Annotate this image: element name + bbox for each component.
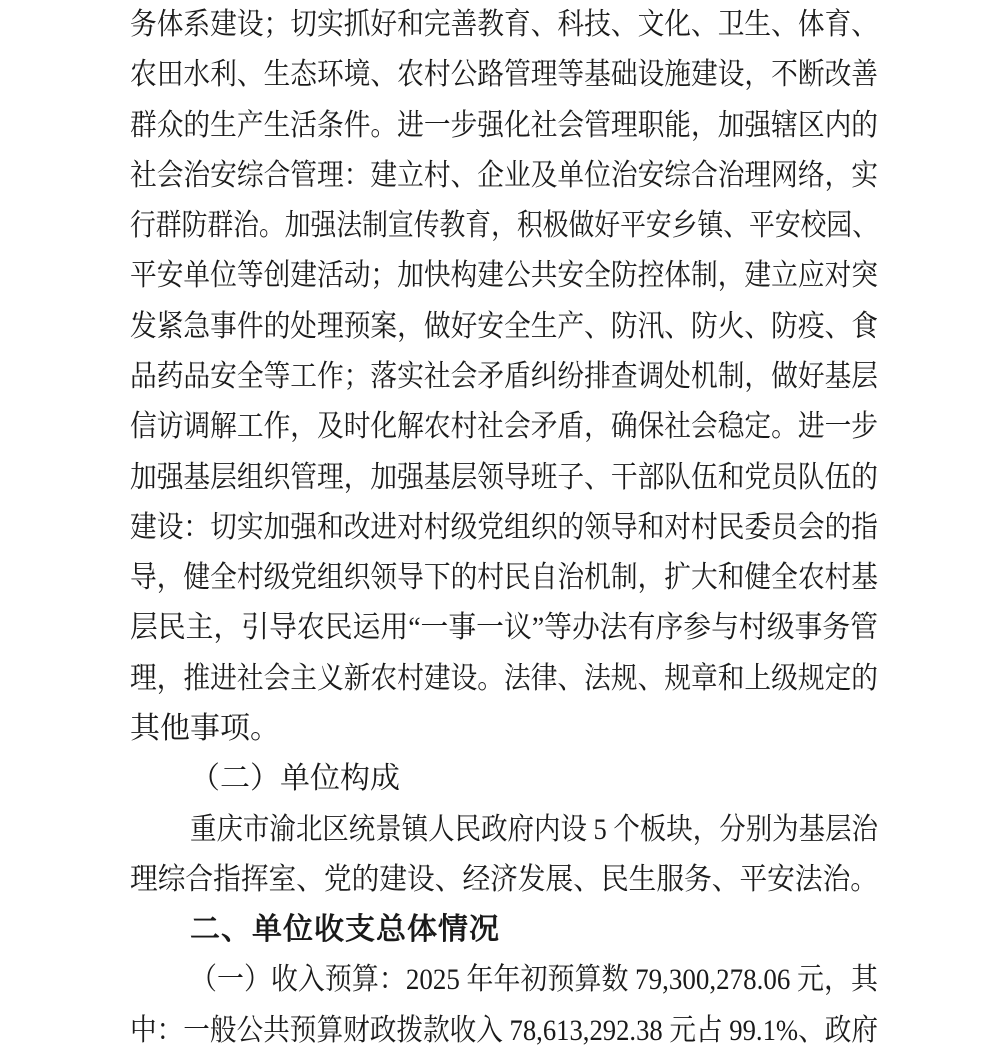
text-line-content: 其他事项。 [130,712,280,745]
text-line: 中：一般公共预算财政拨款收入 78,613,292.38 元占 99.1%、政府 [130,1006,878,1056]
text-line: 重庆市渝北区统景镇人民政府内设 5 个板块，分别为基层治 [130,805,878,855]
text-line-content: 加强基层组织管理，加强基层领导班子、干部队伍和党员队伍的 [130,453,878,503]
document-body: 务体系建设；切实抓好和完善教育、科技、文化、卫生、体育、农田水利、生态环境、农村… [0,0,1000,1056]
text-line-content: 信访调解工作，及时化解农村社会矛盾，确保社会稳定。进一步 [130,402,878,452]
text-line: 社会治安综合管理：建立村、企业及单位治安综合治理网络，实 [130,151,878,201]
text-line: （一）收入预算：2025 年年初预算数 79,300,278.06 元，其 [130,955,878,1005]
text-line: 平安单位等创建活动；加快构建公共安全防控体制，建立应对突 [130,251,878,301]
text-line-content: 层民主，引导农民运用“一事一议”等办法有序参与村级事务管 [130,603,878,653]
text-line-content: 理综合指挥室、党的建设、经济发展、民生服务、平安法治。 [130,855,878,905]
text-line: 信访调解工作，及时化解农村社会矛盾，确保社会稳定。进一步 [130,402,878,452]
text-line-content: 行群防群治。加强法制宣传教育，积极做好平安乡镇、平安校园、 [130,201,878,251]
section-heading: 二、单位收支总体情况 [130,905,878,955]
text-line: 导，健全村级党组织领导下的村民自治机制，扩大和健全农村基 [130,553,878,603]
text-line-content: 务体系建设；切实抓好和完善教育、科技、文化、卫生、体育、 [130,0,878,50]
text-line-content: 中：一般公共预算财政拨款收入 78,613,292.38 元占 99.1%、政府 [130,1006,878,1056]
text-line-content: 导，健全村级党组织领导下的村民自治机制，扩大和健全农村基 [130,553,878,603]
text-line-content: 品药品安全等工作；落实社会矛盾纠纷排查调处机制，做好基层 [130,352,878,402]
text-line-content: 发紧急事件的处理预案，做好安全生产、防汛、防火、防疫、食 [130,302,878,352]
text-line-content: 社会治安综合管理：建立村、企业及单位治安综合治理网络，实 [130,151,878,201]
text-line-content: 农田水利、生态环境、农村公路管理等基础设施建设，不断改善 [130,50,878,100]
text-line: 建设：切实加强和改进对村级党组织的领导和对村民委员会的指 [130,503,878,553]
text-line: 品药品安全等工作；落实社会矛盾纠纷排查调处机制，做好基层 [130,352,878,402]
text-line-content: 重庆市渝北区统景镇人民政府内设 5 个板块，分别为基层治 [190,805,878,855]
text-line: （二）单位构成 [130,754,878,804]
text-line: 层民主，引导农民运用“一事一议”等办法有序参与村级事务管 [130,603,878,653]
text-line: 群众的生产生活条件。进一步强化社会管理职能，加强辖区内的 [130,101,878,151]
text-line-content: 建设：切实加强和改进对村级党组织的领导和对村民委员会的指 [130,503,878,553]
text-line: 加强基层组织管理，加强基层领导班子、干部队伍和党员队伍的 [130,453,878,503]
text-line: 务体系建设；切实抓好和完善教育、科技、文化、卫生、体育、 [130,0,878,50]
text-line: 理，推进社会主义新农村建设。法律、法规、规章和上级规定的 [130,654,878,704]
text-line-content: （二）单位构成 [190,762,400,795]
text-line-content: 平安单位等创建活动；加快构建公共安全防控体制，建立应对突 [130,251,878,301]
text-line: 行群防群治。加强法制宣传教育，积极做好平安乡镇、平安校园、 [130,201,878,251]
document-page: 务体系建设；切实抓好和完善教育、科技、文化、卫生、体育、农田水利、生态环境、农村… [0,0,1000,1056]
text-line-content: （一）收入预算：2025 年年初预算数 79,300,278.06 元，其 [190,955,878,1005]
text-line-content: 二、单位收支总体情况 [190,913,500,946]
text-line: 其他事项。 [130,704,878,754]
text-line: 农田水利、生态环境、农村公路管理等基础设施建设，不断改善 [130,50,878,100]
text-line-content: 理，推进社会主义新农村建设。法律、法规、规章和上级规定的 [130,654,878,704]
text-line: 理综合指挥室、党的建设、经济发展、民生服务、平安法治。 [130,855,878,905]
text-line: 发紧急事件的处理预案，做好安全生产、防汛、防火、防疫、食 [130,302,878,352]
text-line-content: 群众的生产生活条件。进一步强化社会管理职能，加强辖区内的 [130,101,878,151]
